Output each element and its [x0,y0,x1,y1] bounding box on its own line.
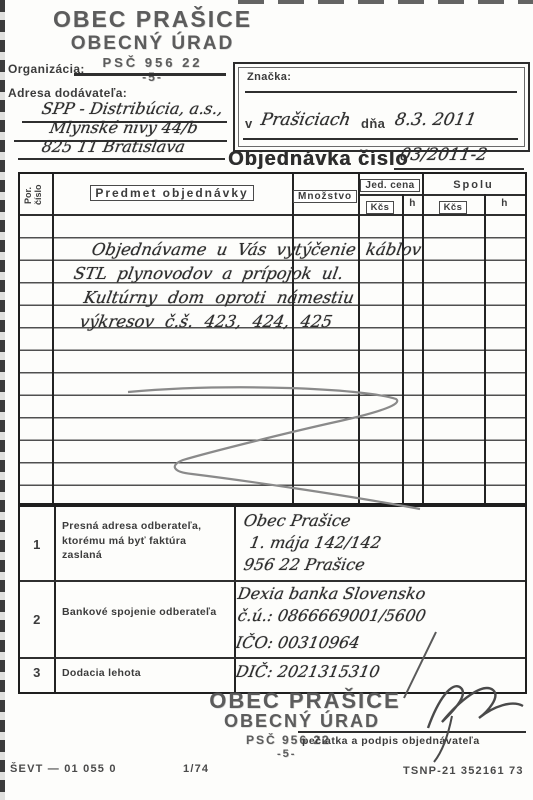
date-rule [243,138,518,140]
header-subject-wrap: Predmet objednávky [54,184,290,202]
footer-form-edition: 1/74 [183,763,209,775]
order-title: Objednávka číslo [228,148,409,171]
info-row-3-value-1: DIČ: 2021315310 [234,662,381,681]
info-row-2-no: 2 [20,612,54,627]
scanned-order-form: OBEC PRAŠICE OBECNÝ ÚRAD PSČ 956 22 -5- … [0,0,533,800]
info-row-1-value-1: Obec Prašice [242,511,352,530]
header-total-wrap: Spolu [423,175,524,193]
info-row-2-value-1: Dexia banka Slovensko [236,584,427,603]
supplier-address-line-1: SPP - Distribúcia, a.s., [40,99,224,118]
header-order-no: Por. číslo [23,177,49,213]
stamp-municipality-name: OBEC PRAŠICE [40,6,265,33]
stamp-office-name: OBECNÝ ÚRAD [40,33,265,55]
signature-rule [298,731,526,733]
header-subject: Predmet objednávky [90,185,253,201]
scan-edge-artifact-left [0,0,5,800]
header-total-kcs-wrap: Kčs [423,197,483,215]
header-unit-price-kcs: Kčs [366,201,395,214]
address-rule-3 [18,158,225,160]
entry-line-1: Objednávame u Vás vytýčenie káblov [90,240,422,259]
header-total: Spolu [453,179,494,191]
date-label: dňa [361,116,385,131]
header-unit-price-h: h [403,198,422,209]
supplier-address-line-2: Mlynské nivy 44/b [48,118,199,137]
footer-stamp-number: -5- [277,748,296,760]
info-row-2-label: Bankové spojenie odberateľa [62,605,222,620]
date-value: 8.3. 2011 [393,110,478,130]
header-unitprice-kcs-wrap: Kčs [359,197,401,215]
info-row-2-value-2: č.ú.: 0866669001/5600 [236,606,427,625]
info-row-1-label: Presná adresa odberateľa, ktorému má byť… [62,519,228,563]
table-row-rules [20,216,525,503]
table-subheader-rule [358,194,525,196]
mark-blank-line [245,91,517,93]
organization-blank-line [74,73,226,76]
footer-form-code: ŠEVT — 01 055 0 [10,763,117,775]
info-row-1-no: 1 [20,537,54,552]
header-total-h: h [485,198,524,209]
footer-print-code: TSNP-21 352161 73 [403,765,524,777]
info-row-1-value-2: 1. mája 142/142 [248,533,382,552]
supplier-address-label: Adresa dodávateľa: [8,86,127,100]
footer-stamp-office: OBECNÝ ÚRAD [192,711,412,732]
entry-line-3: Kultúrny dom oproti námestiu [82,288,355,307]
info-col-line-no [54,507,56,692]
scan-edge-artifact-top [238,0,533,4]
entry-line-4: výkresov č.š. 423, 424, 425 [78,312,334,331]
info-row-rule-2 [20,657,525,659]
signature-caption: pečiatka a podpis objednávateľa [302,735,480,747]
place-prefix: v [245,116,253,131]
info-col-line-label [234,507,236,692]
entry-line-2: STL plynovodov a prípojok ul. [72,264,345,283]
info-row-1-value-3: 956 22 Prašice [242,555,366,574]
info-row-rule-1 [20,580,525,582]
info-table: 1 Presná adresa odberateľa, ktorému má b… [18,505,527,694]
reference-box: Značka: v Prašiciach dňa 8.3. 2011 [233,62,530,152]
supplier-address-line-3: 825 11 Bratislava [40,137,186,156]
header-unitprice-wrap: Jed. cena [359,175,421,193]
header-quantity: Množstvo [293,190,357,203]
header-quantity-wrap: Množstvo [293,186,357,204]
header-unit-price: Jed. cena [360,179,419,192]
place-value: Prašiciach [259,110,352,130]
info-row-3-no: 3 [20,665,54,680]
header-total-kcs: Kčs [439,201,468,214]
order-number: 03/2011-2 [398,145,489,165]
order-number-rule [394,168,524,170]
info-row-3-label: Dodacia lehota [62,667,222,679]
item-table: Por. číslo Predmet objednávky Množstvo J… [18,172,527,505]
mark-label: Značka: [247,71,291,83]
info-row-2-value-3: IČO: 00310964 [234,633,361,652]
